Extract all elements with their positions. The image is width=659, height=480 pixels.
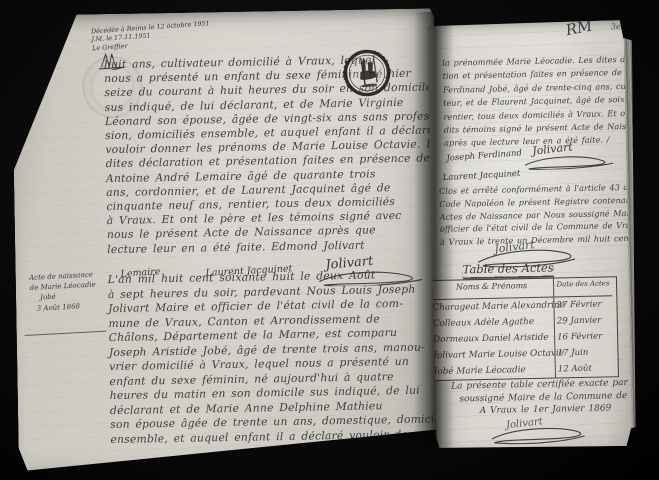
table-cell-date: 12 Août: [556, 361, 614, 378]
death-margin-annotation: Décédée à Reims le 12 octobre 1951 J.M. …: [91, 19, 211, 52]
column-header: Date des Actes: [554, 277, 612, 297]
table-certification-text: La présente table certifiée exacte par N…: [451, 376, 659, 418]
table-cell-date: 17 Juin: [555, 345, 613, 362]
table-cell-date: 27 Février: [554, 297, 612, 314]
signature-flourish-icon: [488, 425, 588, 445]
act-5-text: L'an mil huit cent soixante huit le deux…: [108, 267, 455, 447]
column-header: Noms & Prénoms: [430, 279, 554, 301]
timbre-imperial-stamp: TIMBRE IMPÉRIAL: [340, 45, 393, 102]
register-photo: Décédée à Reims le 12 octobre 1951 J.M. …: [0, 0, 659, 480]
table-cell-name: Jobé Marie Léocadie: [432, 362, 556, 381]
signature: Laurent Jacquinet: [443, 169, 521, 183]
acts-table-title: Table des Actes: [463, 261, 554, 278]
folio-number: 3e: [611, 22, 621, 31]
margin-separator-rule: [25, 331, 107, 336]
acts-table: N.os des Actes Noms & Prénoms Date des A…: [409, 276, 619, 382]
signature: Joseph Ferdinand: [446, 148, 522, 164]
right-page: RM 3e la prénommée Marie Léocadie. Les d…: [428, 20, 633, 450]
signature-flourish-icon: [522, 154, 614, 170]
corner-monogram: RM: [564, 17, 594, 40]
table-cell-date: 29 Janvier: [555, 313, 613, 330]
act-4-continuation-text: huit ans, cultivateur domicilié à Vraux,…: [104, 52, 448, 257]
table-cell-date: 16 Février: [555, 329, 613, 346]
register-closing-text: Clos et arrêté conformément à l'article …: [439, 180, 659, 249]
